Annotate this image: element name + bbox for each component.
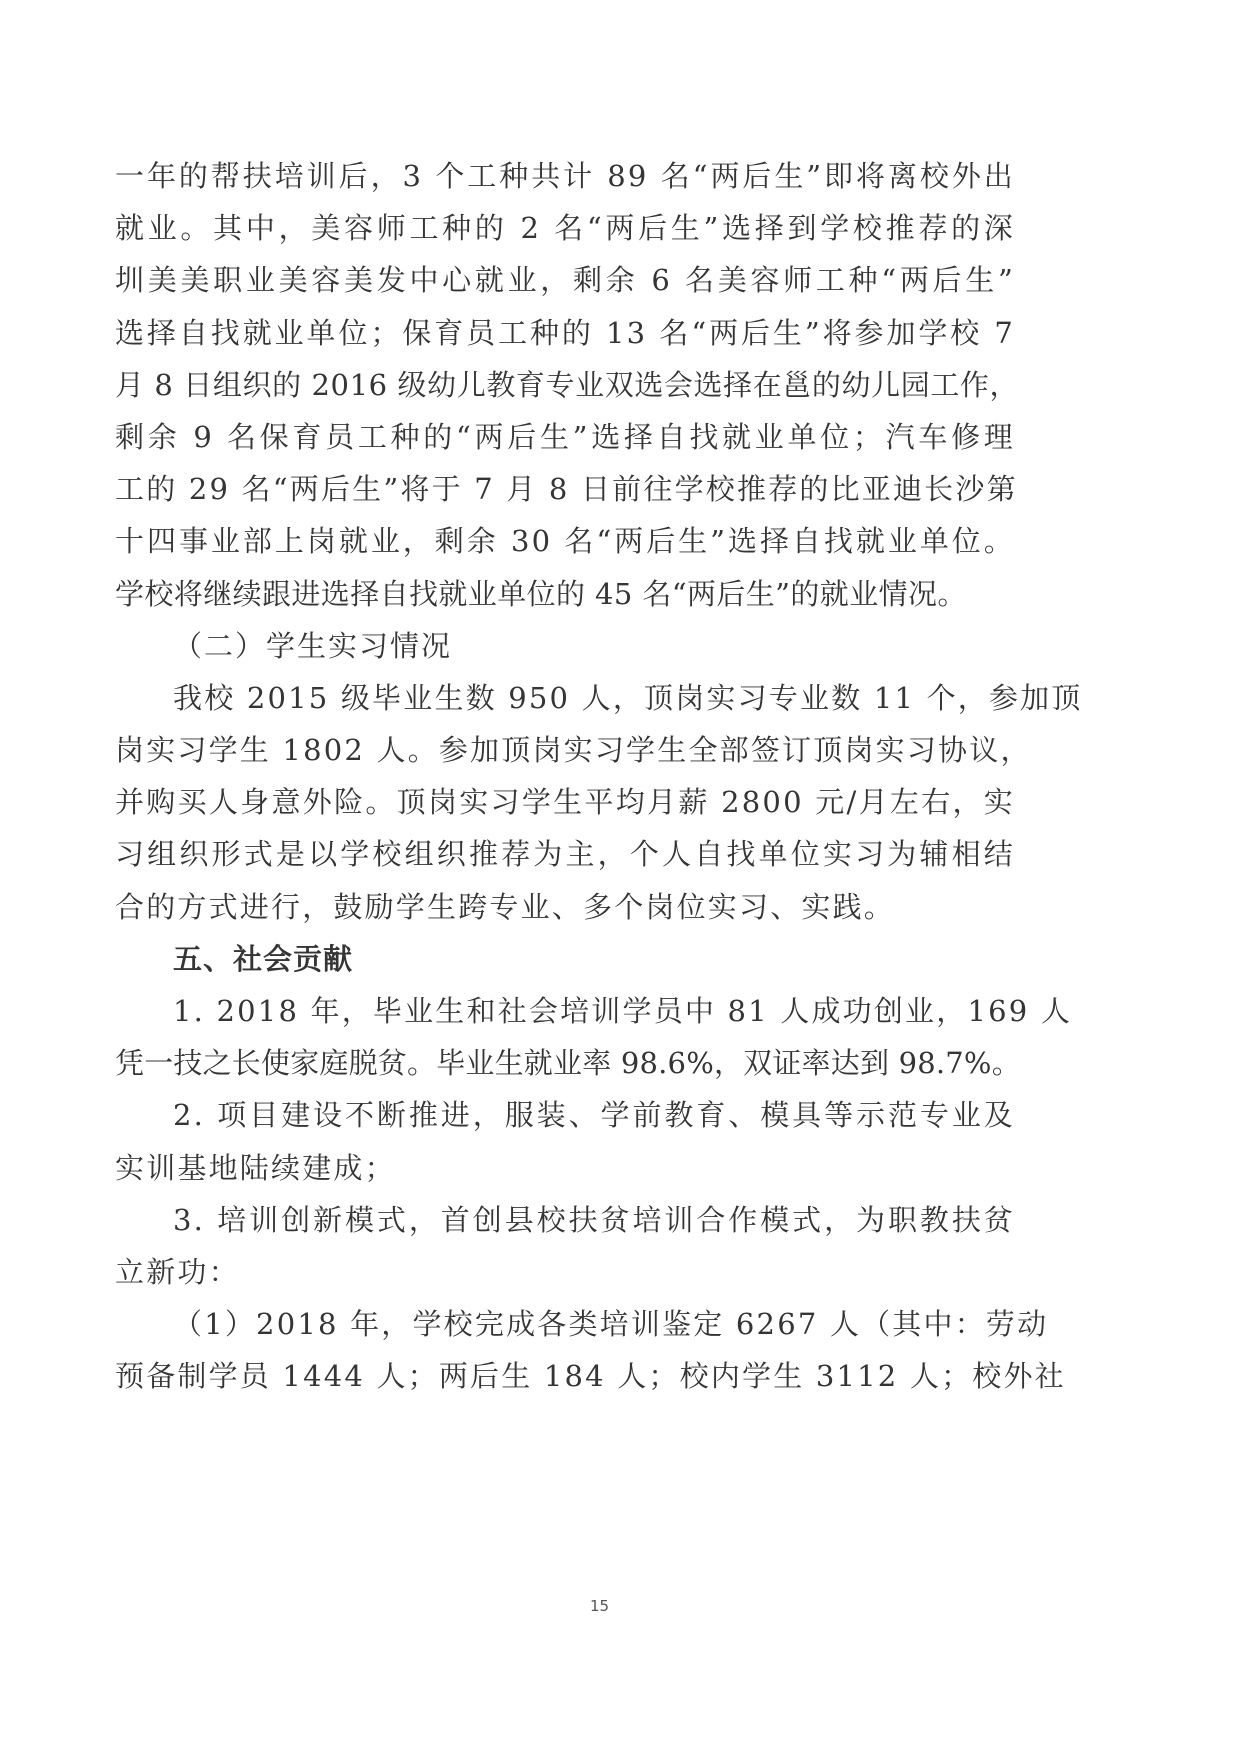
paragraph-line: 十四事业部上岗就业，剩余 30 名“两后生”选择自找就业单位。 bbox=[115, 515, 1015, 567]
list-item-line: （1）2018 年，学校完成各类培训鉴定 6267 人（其中：劳动 bbox=[115, 1298, 1015, 1350]
paragraph-line: 岗实习学生 1802 人。参加顶岗实习学生全部签订顶岗实习协议， bbox=[115, 724, 1015, 776]
paragraph-line: 合的方式进行，鼓励学生跨专业、多个岗位实习、实践。 bbox=[115, 881, 1015, 933]
paragraph-line: 工的 29 名“两后生”将于 7 月 8 日前往学校推荐的比亚迪长沙第 bbox=[115, 463, 1015, 515]
list-item-line: 立新功： bbox=[115, 1246, 1015, 1298]
section-subheading: （二）学生实习情况 bbox=[115, 620, 1015, 672]
paragraph-line: 学校将继续跟进选择自找就业单位的 45 名“两后生”的就业情况。 bbox=[115, 568, 1015, 620]
paragraph-line: 月 8 日组织的 2016 级幼儿教育专业双选会选择在邕的幼儿园工作， bbox=[115, 359, 1015, 411]
list-item-line: 实训基地陆续建成； bbox=[115, 1142, 1015, 1194]
paragraph-line: 就业。其中，美容师工种的 2 名“两后生”选择到学校推荐的深 bbox=[115, 202, 1015, 254]
paragraph-line: 选择自找就业单位；保育员工种的 13 名“两后生”将参加学校 7 bbox=[115, 307, 1015, 359]
page-number: 15 bbox=[590, 1597, 609, 1615]
paragraph-line: 并购买人身意外险。顶岗实习学生平均月薪 2800 元/月左右，实 bbox=[115, 776, 1015, 828]
list-item-line: 凭一技之长使家庭脱贫。毕业生就业率 98.6%，双证率达到 98.7%。 bbox=[115, 1037, 1015, 1089]
paragraph-line: 剩余 9 名保育员工种的“两后生”选择自找就业单位；汽车修理 bbox=[115, 411, 1015, 463]
paragraph-line: 我校 2015 级毕业生数 950 人，顶岗实习专业数 11 个，参加顶 bbox=[115, 672, 1015, 724]
list-item-line: 2. 项目建设不断推进，服装、学前教育、模具等示范专业及 bbox=[115, 1089, 1015, 1141]
paragraph-line: 习组织形式是以学校组织推荐为主，个人自找单位实习为辅相结 bbox=[115, 828, 1015, 880]
list-item-line: 1. 2018 年，毕业生和社会培训学员中 81 人成功创业，169 人 bbox=[115, 985, 1015, 1037]
body-text: 一年的帮扶培训后，3 个工种共计 89 名“两后生”即将离校外出 就业。其中，美… bbox=[115, 150, 1015, 1403]
section-heading: 五、社会贡献 bbox=[115, 933, 1015, 985]
document-page: 一年的帮扶培训后，3 个工种共计 89 名“两后生”即将离校外出 就业。其中，美… bbox=[0, 0, 1242, 1748]
paragraph-line: 一年的帮扶培训后，3 个工种共计 89 名“两后生”即将离校外出 bbox=[115, 150, 1015, 202]
list-item-line: 3. 培训创新模式，首创县校扶贫培训合作模式，为职教扶贫 bbox=[115, 1194, 1015, 1246]
paragraph-line: 圳美美职业美容美发中心就业，剩余 6 名美容师工种“两后生” bbox=[115, 254, 1015, 306]
list-item-line: 预备制学员 1444 人；两后生 184 人；校内学生 3112 人；校外社 bbox=[115, 1350, 1015, 1402]
